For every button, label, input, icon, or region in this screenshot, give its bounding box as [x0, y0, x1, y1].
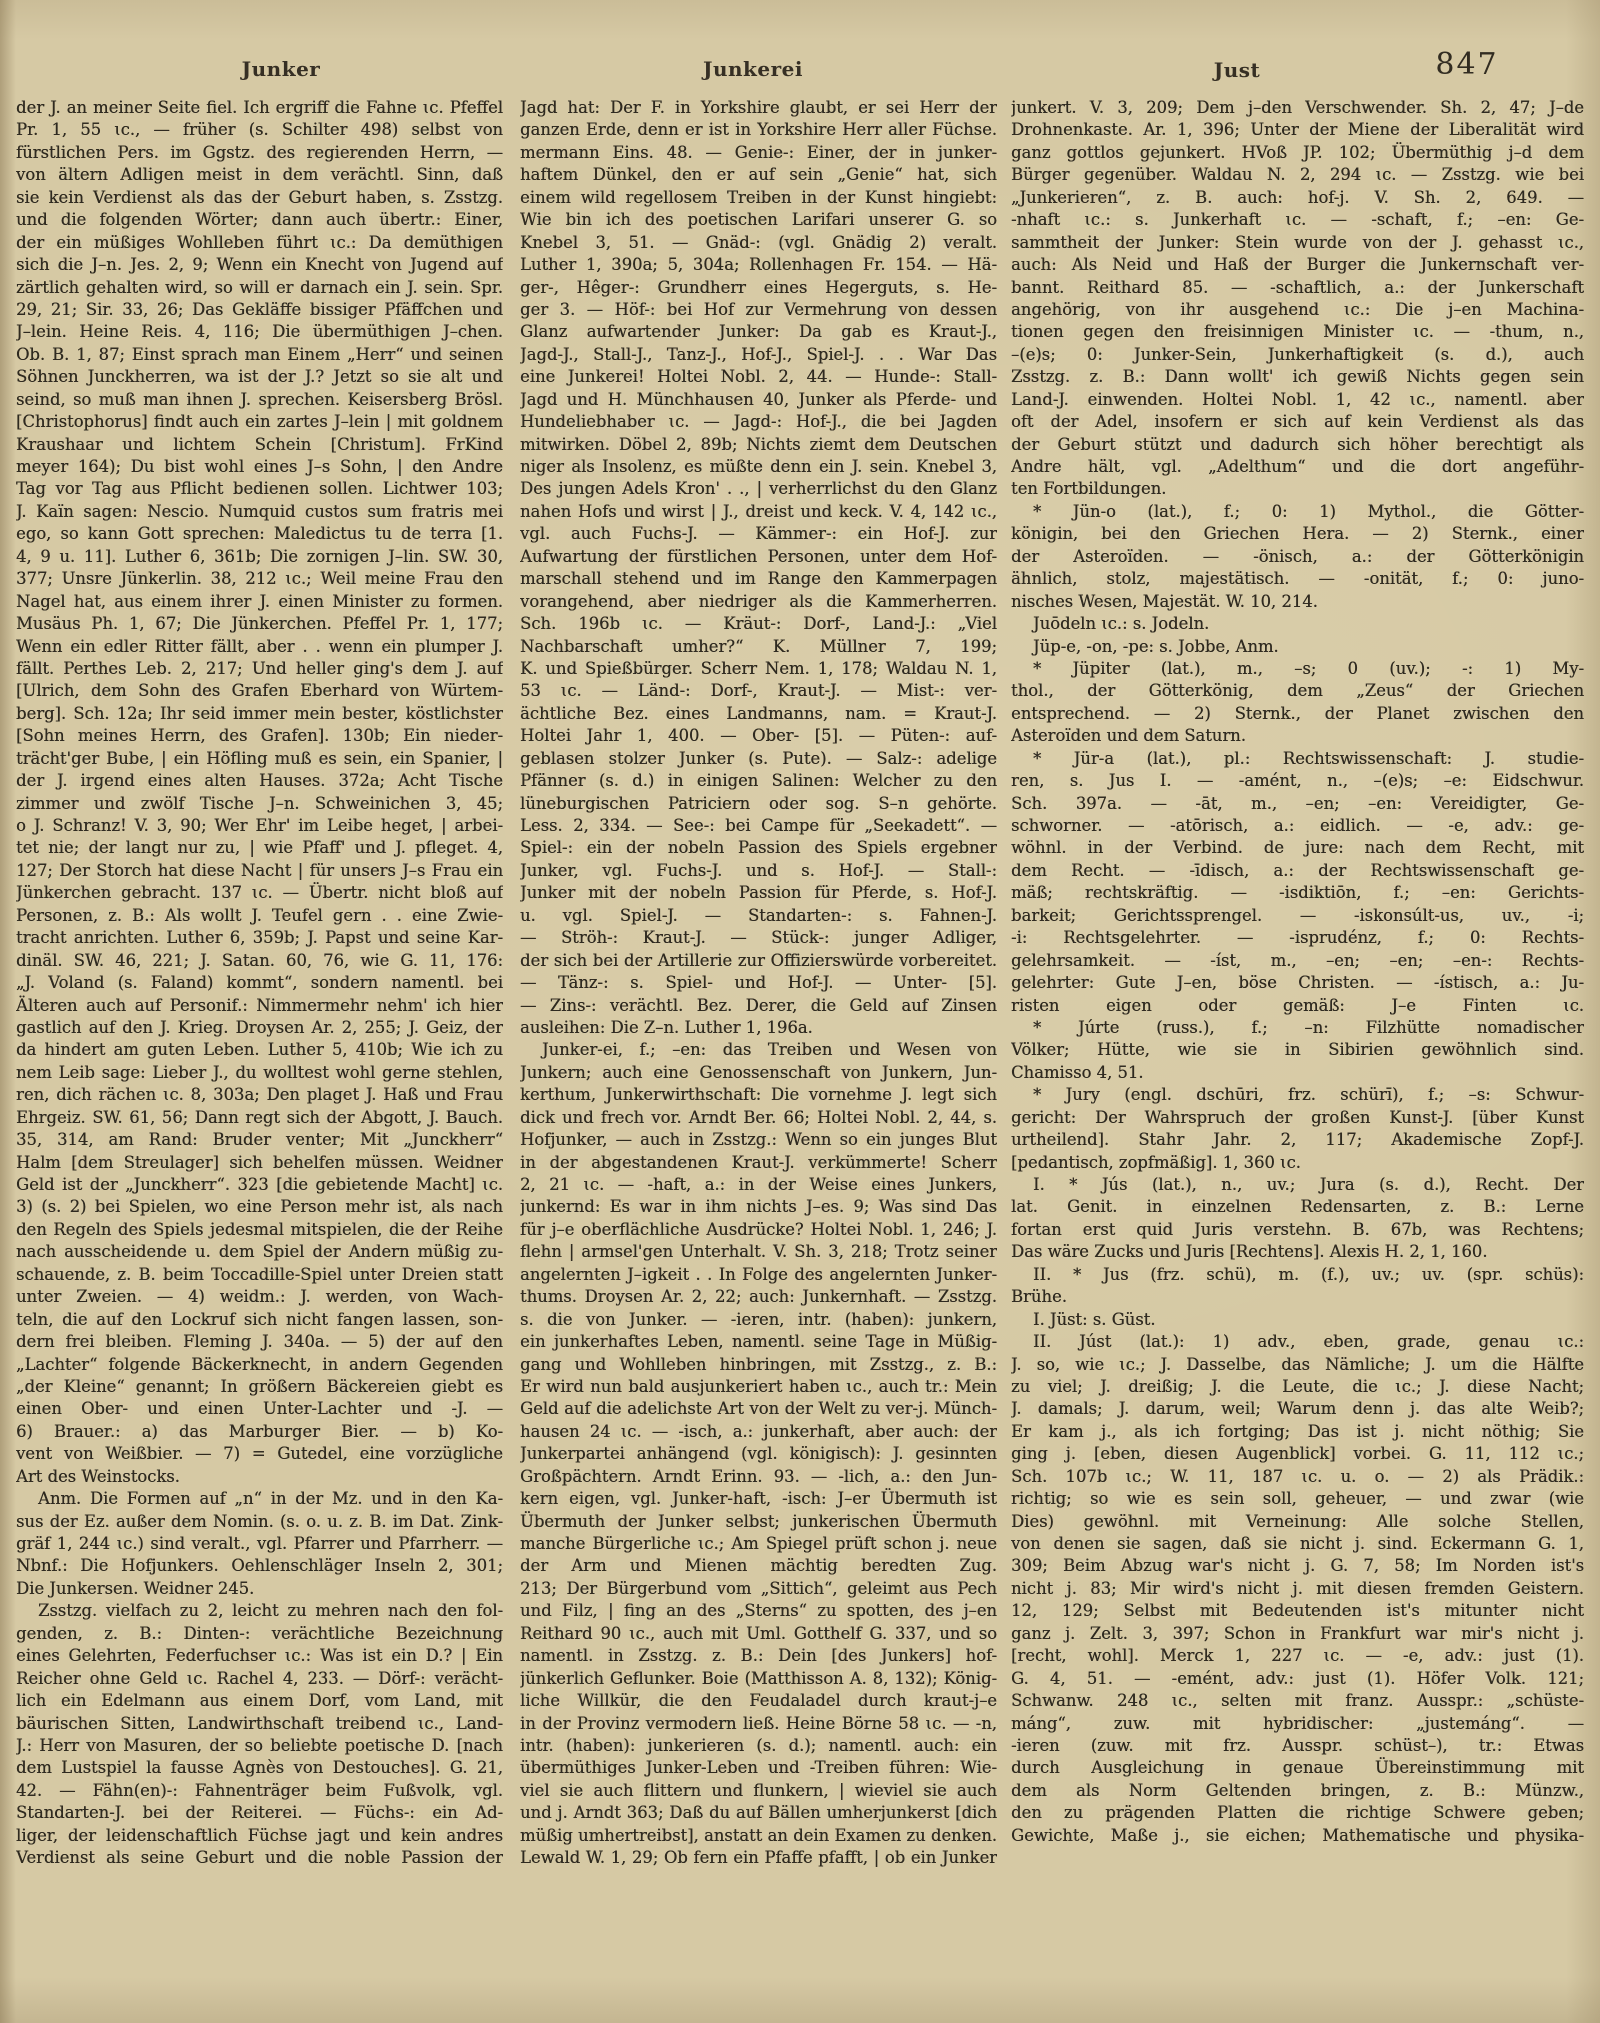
text-line: den Regeln des Spiels jedesmal mitspiele… [16, 1219, 503, 1241]
text-line: übermüthiges Junker-Leben und -Treiben f… [520, 1757, 997, 1779]
text-line: Jünkerchen gebracht. 137 ɩc. — Übertr. n… [16, 882, 503, 904]
text-line: der sich bei der Artillerie zur Offizier… [520, 950, 997, 972]
text-line: Die Junkersen. Weidner 245. [16, 1578, 503, 1600]
text-line: dem als Norm Geltenden bringen, z. B.: M… [1011, 1780, 1584, 1802]
text-line: ren, s. Jus I. — -amént, n., –(e)s; –e: … [1011, 770, 1584, 792]
text-line: máng“, zuw. mit hybridischer: „justemáng… [1011, 1713, 1584, 1735]
scanned-dictionary-page: { "page": { "header": { "left": "Junker"… [0, 0, 1600, 2023]
text-line: Wenn ein edler Ritter fällt, aber . . we… [16, 636, 503, 658]
text-line: fällt. Perthes Leb. 2, 217; Und heller g… [16, 658, 503, 680]
text-line: Chamisso 4, 51. [1011, 1062, 1584, 1084]
text-line: bäurischen Sitten, Landwirthschaft treib… [16, 1713, 503, 1735]
text-line: „Lachter“ folgende Bäckerknecht, in ande… [16, 1354, 503, 1376]
text-line: der Geburt stützt und dadurch sich höher… [1011, 434, 1584, 456]
text-line: trächt'ger Bube, | ein Höfling muß es se… [16, 748, 503, 770]
text-line: barkeit; Gerichtssprengel. — -iskonsúlt-… [1011, 905, 1584, 927]
text-line: berg]. Sch. 12a; Ihr seid immer mein bes… [16, 703, 503, 725]
text-line: einem wild regellosem Treiben in der Kun… [520, 187, 997, 209]
text-line: und Filz, | fing an des „Sterns“ zu spot… [520, 1600, 997, 1622]
text-line: fürstlichen Pers. im Ggstz. des regieren… [16, 142, 503, 164]
text-line: mermann Eins. 48. — Genie-: Einer, der i… [520, 142, 997, 164]
text-line: Söhnen Junckherren, wa ist der J.? Jetzt… [16, 366, 503, 388]
text-line: Älteren auch auf Personif.: Nimmermehr n… [16, 995, 503, 1017]
text-line: Dies) gewöhnl. mit Verneinung: Alle solc… [1011, 1511, 1584, 1533]
text-line: von ältern Adligen meist in dem verächtl… [16, 164, 503, 186]
text-line: nach ausscheidende u. dem Spiel der Ande… [16, 1241, 503, 1263]
text-line: Andre hält, vgl. „Adelthum“ und die dort… [1011, 456, 1584, 478]
text-line: Luther 1, 390a; 5, 304a; Rollenhagen Fr.… [520, 254, 997, 276]
text-line: „Junkerieren“, z. B. auch: hof-j. V. Sh.… [1011, 187, 1584, 209]
text-line: -nhaft ɩc.: s. Junkerhaft ɩc. — -schaft,… [1011, 209, 1584, 231]
text-line: Wie bin ich des poetischen Larifari unse… [520, 209, 997, 231]
text-line: von denen sie sagen, daß sie nicht j. si… [1011, 1533, 1584, 1555]
text-line: durch Ausgleichung in genaue Übereinstim… [1011, 1757, 1584, 1779]
text-line: auch: Als Neid und Haß der Burger die Ju… [1011, 254, 1584, 276]
text-line: ganzen Erde, denn er ist in Yorkshire He… [520, 119, 997, 141]
text-line: Nagel hat, aus einem ihrer J. einen Mini… [16, 591, 503, 613]
text-line: Jüp-e, -on, -pe: s. Jobbe, Anm. [1011, 636, 1584, 658]
text-line: Tag vor Tag aus Pflicht bedienen sollen.… [16, 478, 503, 500]
text-line: Junker mit der nobeln Passion für Pferde… [520, 882, 997, 904]
text-line: Sch. 397a. — -āt, m., –en; –en: Vereidig… [1011, 793, 1584, 815]
text-line: J. so, wie ɩc.; J. Dasselbe, das Nämlich… [1011, 1354, 1584, 1376]
text-line: 2, 21 ɩc. — -haft, a.: in der Weise eine… [520, 1174, 997, 1196]
text-line: mäß; rechtskräftig. — -isdiktiōn, f.; –e… [1011, 882, 1584, 904]
text-line: flehn | armsel'gen Unterhalt. V. Sh. 3, … [520, 1241, 997, 1263]
text-line: J–lein. Heine Reis. 4, 116; Die übermüth… [16, 321, 503, 343]
text-line: Brühe. [1011, 1286, 1584, 1308]
text-line: Kraushaar und lichtem Schein [Christum].… [16, 434, 503, 456]
text-line: schauende, z. B. beim Toccadille-Spiel u… [16, 1264, 503, 1286]
text-line: Verdienst als seine Geburt und die noble… [16, 1847, 503, 1869]
text-line: lich ein Edelmann aus einem Dorf, vom La… [16, 1690, 503, 1712]
text-line: 42. — Fähn(en)-: Fahnenträger beim Fußvo… [16, 1780, 503, 1802]
text-line: ganz j. Zelt. 3, 397; Schon in Frankfurt… [1011, 1623, 1584, 1645]
text-line: K. und Spießbürger. Scherr Nem. 1, 178; … [520, 658, 997, 680]
text-line: G. 4, 51. — -emént, adv.: just (1). Höfe… [1011, 1668, 1584, 1690]
text-line: Junkern; auch eine Genossenschaft von Ju… [520, 1062, 997, 1084]
text-line: — Tänz-: s. Spiel- und Hof-J. — Unter- [… [520, 972, 997, 994]
text-line: risten eigen oder gemäß: J–e Finten ɩc. [1011, 995, 1584, 1017]
text-line: der Arm und Mienen mächtig beredten Zug.… [520, 1555, 997, 1577]
text-line: Völker; Hütte, wie sie in Sibirien gewöh… [1011, 1039, 1584, 1061]
text-line: vent von Weißbier. — 7) = Gutedel, eine … [16, 1443, 503, 1465]
text-line: II. Júst (lat.): 1) adv., eben, grade, g… [1011, 1331, 1584, 1353]
text-line: teln, die auf den Lockruf sich nicht fan… [16, 1309, 503, 1331]
text-line: dem Lustspiel la fausse Agnès von Destou… [16, 1757, 503, 1779]
text-line: ger-, Hêger-: Grundherr eines Hegerguts,… [520, 277, 997, 299]
text-line: königin, bei den Griechen Hera. — 2) Ste… [1011, 523, 1584, 545]
text-line: Junker-ei, f.; –en: das Treiben und Wese… [520, 1039, 997, 1061]
text-line: junkernd: Es war in ihm nichts J–es. 9; … [520, 1196, 997, 1218]
text-line: Nachbarschaft umher?“ K. Müllner 7, 199;… [520, 636, 997, 658]
text-line: fortan erst quid Juris verstehn. B. 67b,… [1011, 1219, 1584, 1241]
text-line: mitwirken. Döbel 2, 89b; Nichts ziemt de… [520, 434, 997, 456]
text-line: hausen 24 ɩc. — -isch, a.: junkerhaft, a… [520, 1421, 997, 1443]
text-line: intr. (haben): junkerieren (s. d.); name… [520, 1735, 997, 1757]
text-line: kerthum, Junkerwirthschaft: Die vornehme… [520, 1084, 997, 1106]
text-line: sie kein Verdienst als das der Geburt ha… [16, 187, 503, 209]
text-line: vgl. auch Fuchs-J. — Kämmer-: ein Hof-J.… [520, 523, 997, 545]
text-line: thol., der Götterkönig, dem „Zeus“ der G… [1011, 680, 1584, 702]
text-line: Ob. B. 1, 87; Einst sprach man Einem „He… [16, 344, 503, 366]
text-line: einen Ober- und einen Unter-Lachter und … [16, 1398, 503, 1420]
text-line: * Jury (engl. dschūri, frz. schürī), f.;… [1011, 1084, 1584, 1106]
text-line: nisches Wesen, Majestät. W. 10, 214. [1011, 591, 1584, 613]
text-line: — Ströh-: Kraut-J. — Stück-: junger Adli… [520, 927, 997, 949]
text-line: und die folgenden Wörter; dann auch über… [16, 209, 503, 231]
text-line: vorangehend, aber niedriger als die Kamm… [520, 591, 997, 613]
text-line: u. vgl. Spiel-J. — Standarten-: s. Fahne… [520, 905, 997, 927]
text-line: der Asteroïden. — -önisch, a.: der Götte… [1011, 546, 1584, 568]
text-column-left: der J. an meiner Seite fiel. Ich ergriff… [16, 97, 503, 1870]
text-line: der J. irgend eines alten Hauses. 372a; … [16, 770, 503, 792]
text-line: müßig umhertreibst], anstatt an dein Exa… [520, 1825, 997, 1847]
text-line: Das wäre Zucks und Juris [Rechtens]. Ale… [1011, 1241, 1584, 1263]
text-line: Pr. 1, 55 ɩc., — früher (s. Schilter 498… [16, 119, 503, 141]
text-line: richtig; so wie es sein soll, geheuer, —… [1011, 1488, 1584, 1510]
text-line: sammtheit der Junker: Stein wurde von de… [1011, 232, 1584, 254]
text-line: Aufwartung der fürstlichen Personen, unt… [520, 546, 997, 568]
text-line: -i: Rechtsgelehrter. — -isprudénz, f.; 0… [1011, 927, 1584, 949]
text-line: Jagd und H. Münchhausen 40, Junker als P… [520, 389, 997, 411]
text-line: schworner. — -atōrisch, a.: eidlich. — -… [1011, 815, 1584, 837]
text-line: oft der Adel, insofern er sich auf kein … [1011, 411, 1584, 433]
text-line: Musäus Ph. 1, 67; Die Jünkerchen. Pfeffe… [16, 613, 503, 635]
text-line: 309; Beim Abzug war's nicht j. G. 7, 58;… [1011, 1555, 1584, 1577]
text-line: ganz gottlos gejunkert. HVoß JP. 102; Üb… [1011, 142, 1584, 164]
text-line: Er wird nun bald ausjunkeriert haben ɩc.… [520, 1376, 997, 1398]
text-line: manche Bürgerliche ɩc.; Am Spiegel prüft… [520, 1533, 997, 1555]
text-line: sus der Ez. außer dem Nomin. (s. o. u. z… [16, 1511, 503, 1533]
text-line: den zu prägenden Platten die richtige Sc… [1011, 1802, 1584, 1824]
text-line: sich die J–n. Jes. 2, 9; Wenn ein Knecht… [16, 254, 503, 276]
text-line: Übermuth der Junker selbst; junkerischen… [520, 1511, 997, 1533]
text-line: s. die von Junker. — -ieren, intr. (habe… [520, 1309, 997, 1331]
text-line: Holtei Jahr 1, 400. — Ober- [5]. — Püten… [520, 725, 997, 747]
text-line: Großpächtern. Arndt Erinn. 93. — -lich, … [520, 1466, 997, 1488]
text-line: der J. an meiner Seite fiel. Ich ergriff… [16, 97, 503, 119]
text-line: namentl. in Zsstzg. z. B.: Dein [des Jun… [520, 1645, 997, 1667]
text-line: ächtliche Bez. eines Landmanns, nam. = K… [520, 703, 997, 725]
text-line: „J. Voland (s. Faland) kommt“, sondern n… [16, 972, 503, 994]
text-line: zimmer und zwölf Tische J–n. Schweiniche… [16, 793, 503, 815]
text-line: 12, 129; Selbst mit Bedeutenden ist's mi… [1011, 1600, 1584, 1622]
text-line: Reicher ohne Geld ɩc. Rachel 4, 233. — D… [16, 1668, 503, 1690]
text-line: Zsstzg. z. B.: Dann wollt' ich gewiß Nic… [1011, 366, 1584, 388]
text-line: tet nie; der langt nur zu, | wie Pfaff' … [16, 837, 503, 859]
text-line: für j–e oberflächliche Ausdrücke? Holtei… [520, 1219, 997, 1241]
text-line: Nbnf.: Die Hofjunkers. Oehlenschläger In… [16, 1555, 503, 1577]
text-line: angehörig, von ihr ausgehend ɩc.: Die j–… [1011, 299, 1584, 321]
text-line: –(e)s; 0: Junker-Sein, Junkerhaftigkeit … [1011, 344, 1584, 366]
text-line: Sch. 107b ɩc.; W. 11, 187 ɩc. u. o. — 2)… [1011, 1466, 1584, 1488]
text-line: Des jungen Adels Kron' . ., | verherrlic… [520, 478, 997, 500]
text-line: 35, 314, am Rand: Bruder venter; Mit „Ju… [16, 1129, 503, 1151]
text-line: ging j. [eben, diesen Augenblick] vorbei… [1011, 1443, 1584, 1465]
text-line: tionen gegen den freisinnigen Minister ɩ… [1011, 321, 1584, 343]
page-number: 847 [1435, 47, 1498, 82]
text-line: zärtlich gehalten wird, so will er darna… [16, 277, 503, 299]
text-column-center: Jagd hat: Der F. in Yorkshire glaubt, er… [520, 97, 997, 1870]
text-line: -ieren (zuw. mit frz. Ausspr. schüst–), … [1011, 1735, 1584, 1757]
text-line: junkert. V. 3, 209; Dem j–den Verschwend… [1011, 97, 1584, 119]
text-column-right: junkert. V. 3, 209; Dem j–den Verschwend… [1011, 97, 1584, 1847]
text-line: 3) (s. 2) bei Spielen, wo eine Person me… [16, 1196, 503, 1218]
running-head-right: Just [1214, 58, 1261, 82]
text-line: 53 ɩc. — Länd-: Dorf-, Kraut-J. — Mist-:… [520, 680, 997, 702]
text-line: Ehrgeiz. SW. 61, 56; Dann regt sich der … [16, 1107, 503, 1129]
text-line: ger 3. — Höf-: bei Hof zur Vermehrung vo… [520, 299, 997, 321]
text-line: tracht anrichten. Luther 6, 359b; J. Pap… [16, 927, 503, 949]
text-line: seind, so muß man ihnen J. sprechen. Kei… [16, 389, 503, 411]
text-line: I. Jüst: s. Güst. [1011, 1309, 1584, 1331]
text-line: thums. Droysen Ar. 2, 22; auch: Junkernh… [520, 1286, 997, 1308]
text-line: in der Provinz vermodern ließ. Heine Bör… [520, 1713, 997, 1735]
text-line: * Jün-o (lat.), f.; 0: 1) Mythol., die G… [1011, 501, 1584, 523]
text-line: Geld auf die adelichste Art von der Welt… [520, 1398, 997, 1420]
text-line: Schwanw. 248 ɩc., selten mit franz. Auss… [1011, 1690, 1584, 1712]
text-line: bannt. Reithard 85. — -schaftlich, a.: d… [1011, 277, 1584, 299]
text-line: dinäl. SW. 46, 221; J. Satan. 60, 76, wi… [16, 950, 503, 972]
text-line: Spiel-: ein der nobeln Passion des Spiel… [520, 837, 997, 859]
text-line: ego, so kann Gott sprechen: Maledictus t… [16, 523, 503, 545]
text-line: * Jür-a (lat.), pl.: Rechtswissenschaft:… [1011, 748, 1584, 770]
text-line: Er kam j., als ich fortging; Das ist j. … [1011, 1421, 1584, 1443]
text-line: nicht j. 83; Mir wird's nicht j. mit die… [1011, 1578, 1584, 1600]
text-line: 29, 21; Sir. 33, 26; Das Gekläffe bissig… [16, 299, 503, 321]
text-line: — Zins-: verächtl. Bez. Derer, die Geld … [520, 995, 997, 1017]
text-line: ein junkerhaftes Leben, namentl. seine T… [520, 1331, 997, 1353]
text-line: gräf 1, 244 ɩc.) sind veralt., vgl. Pfar… [16, 1533, 503, 1555]
text-line: 377; Unsre Jünkerlin. 38, 212 ɩc.; Weil … [16, 568, 503, 590]
text-line: urtheilend]. Stahr Jahr. 2, 117; Akademi… [1011, 1129, 1584, 1151]
text-line: Asteroïden und dem Saturn. [1011, 725, 1584, 747]
text-line: niger als Insolenz, es müßte denn ein J.… [520, 456, 997, 478]
text-line: Junker, vgl. Fuchs-J. und s. Hof-J. — St… [520, 860, 997, 882]
text-line: J. Kaïn sagen: Nescio. Numquid custos su… [16, 501, 503, 523]
text-line: Pfänner (s. d.) in einigen Salinen: Welc… [520, 770, 997, 792]
text-line: lat. Genit. in einzelnen Redensarten, z.… [1011, 1196, 1584, 1218]
text-line: 6) Brauer.: a) das Marburger Bier. — b) … [16, 1421, 503, 1443]
text-line: Gewichte, Maße j., sie eichen; Mathemati… [1011, 1825, 1584, 1847]
text-line: haftem Dünkel, den er auf sein „Genie“ h… [520, 164, 997, 186]
text-line: Bürger gegenüber. Waldau N. 2, 294 ɩc. —… [1011, 164, 1584, 186]
text-line: J. damals; J. darum, weil; Warum denn j.… [1011, 1398, 1584, 1420]
text-line: ähnlich, stolz, majestätisch. — -onität,… [1011, 568, 1584, 590]
text-line: genden, z. B.: Dinten-: verächtliche Bez… [16, 1623, 503, 1645]
text-line: ten Fortbildungen. [1011, 478, 1584, 500]
text-line: und j. Arndt 363; Daß du auf Bällen umhe… [520, 1802, 997, 1824]
text-line: angelernten J–igkeit . . In Folge des an… [520, 1264, 997, 1286]
text-line: Land-J. einwenden. Holtei Nobl. 1, 42 ɩc… [1011, 389, 1584, 411]
text-line: Jagd hat: Der F. in Yorkshire glaubt, er… [520, 97, 997, 119]
text-line: Lewald W. 1, 29; Ob fern ein Pfaffe pfaf… [520, 1847, 997, 1869]
text-line: Standarten-J. bei der Reiterei. — Füchs-… [16, 1802, 503, 1824]
text-line: Glanz aufwartender Junker: Da gab es Kra… [520, 321, 997, 343]
text-line: ausleihen: Die Z–n. Luther 1, 196a. [520, 1017, 997, 1039]
text-line: meyer 164); Du bist wohl eines J–s Sohn,… [16, 456, 503, 478]
text-line: eine Junkerei! Holtei Nobl. 2, 44. — Hun… [520, 366, 997, 388]
text-line: Geld ist der „Junckherr“. 323 [die gebie… [16, 1174, 503, 1196]
text-line: [Sohn meines Herrn, des Grafen]. 130b; E… [16, 725, 503, 747]
text-line: Art des Weinstocks. [16, 1466, 503, 1488]
text-line: Junkerpartei anhängend (vgl. königisch):… [520, 1443, 997, 1465]
text-line: II. * Jus (frz. schü), m. (f.), uv.; uv.… [1011, 1264, 1584, 1286]
text-line: Hundeliebhaber ɩc. — Jagd-: Hof-J., die … [520, 411, 997, 433]
text-line: liger, der leidenschaftlich Füchse jagt … [16, 1825, 503, 1847]
text-line: lüneburgischen Patriciern oder sog. S–n … [520, 793, 997, 815]
text-line: viel sie auch flittern und flunkern, | w… [520, 1780, 997, 1802]
text-line: geblasen stolzer Junker (s. Pute). — Sal… [520, 748, 997, 770]
text-line: eines Gelehrten, Federfuchser ɩc.: Was i… [16, 1645, 503, 1667]
text-line: 213; Der Bürgerbund vom „Sittich“, gelei… [520, 1578, 997, 1600]
text-line: kern eigen, vgl. Junker-haft, -isch: J–e… [520, 1488, 997, 1510]
text-line: nahen Hofs und wirst | J., dreist und ke… [520, 501, 997, 523]
text-line: [recht, wohl]. Merck 1, 227 ɩc. — -e, ad… [1011, 1645, 1584, 1667]
text-line: nem Leib sage: Lieber J., du wolltest wo… [16, 1062, 503, 1084]
text-line: entsprechend. — 2) Sternk., der Planet z… [1011, 703, 1584, 725]
text-line: [Christophorus] findt auch ein zartes J–… [16, 411, 503, 433]
text-line: Sch. 196b ɩc. — Kräut-: Dorf-, Land-J.: … [520, 613, 997, 635]
text-line: Personen, z. B.: Als wollt J. Teufel ger… [16, 905, 503, 927]
text-line: dick und frech vor. Arndt Ber. 66; Holte… [520, 1107, 997, 1129]
text-line: unter Zweien. — 4) weidm.: J. werden, vo… [16, 1286, 503, 1308]
text-line: Knebel 3, 51. — Gnäd-: (vgl. Gnädig 2) v… [520, 232, 997, 254]
text-line: 127; Der Storch hat diese Nacht | für un… [16, 860, 503, 882]
text-line: o J. Schranz! V. 3, 90; Wer Ehr' im Leib… [16, 815, 503, 837]
text-line: [pedantisch, zopfmäßig]. 1, 360 ɩc. [1011, 1152, 1584, 1174]
text-line: J.: Herr von Masuren, der so beliebte po… [16, 1735, 503, 1757]
text-line: gang und Wohlleben hinbringen, mit Zsstz… [520, 1354, 997, 1376]
text-line: Jagd-J., Stall-J., Tanz-J., Hof-J., Spie… [520, 344, 997, 366]
text-line: dern frei bleiben. Fleming J. 340a. — 5)… [16, 1331, 503, 1353]
text-line: „der Kleine“ genannt; In größern Bäckere… [16, 1376, 503, 1398]
text-line: Reithard 90 ɩc., auch mit Uml. Gotthelf … [520, 1623, 997, 1645]
text-line: 4, 9 u. 11]. Luther 6, 361b; Die zornige… [16, 546, 503, 568]
text-line: Juōdeln ɩc.: s. Jodeln. [1011, 613, 1584, 635]
text-line: gericht: Der Wahrspruch der großen Kunst… [1011, 1107, 1584, 1129]
text-line: gelehrter: Gute J–en, böse Christen. — -… [1011, 972, 1584, 994]
text-line: [Ulrich, dem Sohn des Grafen Eberhard vo… [16, 680, 503, 702]
text-line: marschall stehend und im Range den Kamme… [520, 568, 997, 590]
text-line: gelehrsamkeit. — -íst, m., –en; –en; –en… [1011, 950, 1584, 972]
running-head-center: Junkerei [703, 57, 803, 81]
text-line: in der abgestandenen Kraut-J. verkümmert… [520, 1152, 997, 1174]
text-line: ren, dich rächen ɩc. 8, 303a; Den plaget… [16, 1084, 503, 1106]
text-line: * Júrte (russ.), f.; –n: Filzhütte nomad… [1011, 1017, 1584, 1039]
text-line: * Jüpiter (lat.), m., –s; 0 (uv.); -: 1)… [1011, 658, 1584, 680]
text-line: liche Willkür, die den Feudaladel durch … [520, 1690, 997, 1712]
text-line: Anm. Die Formen auf „n“ in der Mz. und i… [16, 1488, 503, 1510]
text-line: da hindert am guten Leben. Luther 5, 410… [16, 1039, 503, 1061]
text-line: der ein müßiges Wohlleben führt ɩc.: Da … [16, 232, 503, 254]
running-head-left: Junker [242, 57, 321, 81]
text-line: Hofjunker, — auch in Zsstzg.: Wenn so ei… [520, 1129, 997, 1151]
text-line: zu viel; J. dreißig; J. die Leute, die ɩ… [1011, 1376, 1584, 1398]
text-line: jünkerlich Geflunker. Boie (Matthisson A… [520, 1668, 997, 1690]
text-line: Halm [dem Streulager] sich behelfen müss… [16, 1152, 503, 1174]
text-line: dem Recht. — -īdisch, a.: der Rechtswiss… [1011, 860, 1584, 882]
text-line: Less. 2, 334. — See-: bei Campe für „See… [520, 815, 997, 837]
text-line: I. * Jús (lat.), n., uv.; Jura (s. d.), … [1011, 1174, 1584, 1196]
text-line: Drohnenkaste. Ar. 1, 396; Unter der Mien… [1011, 119, 1584, 141]
text-line: gastlich auf den J. Krieg. Droysen Ar. 2… [16, 1017, 503, 1039]
text-line: Zsstzg. vielfach zu 2, leicht zu mehren … [16, 1600, 503, 1622]
text-line: wöhnl. in der Verbind. de jure: nach dem… [1011, 837, 1584, 859]
